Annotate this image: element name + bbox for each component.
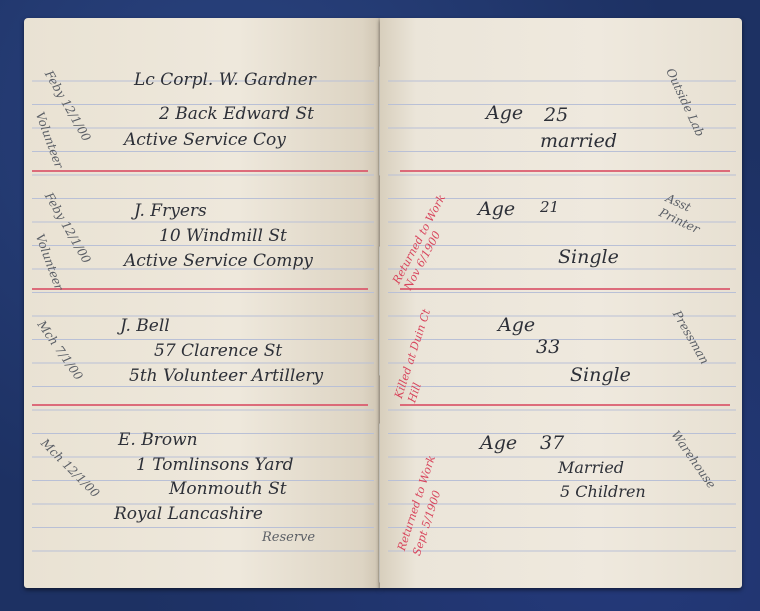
entry-address: 2 Back Edward St xyxy=(159,104,314,124)
entry-name: J. Bell xyxy=(120,316,170,336)
entry-divider xyxy=(400,288,730,290)
marital-status: Single xyxy=(570,364,631,386)
age-label: Age xyxy=(478,198,515,220)
age-value: 37 xyxy=(540,432,564,454)
entry-divider xyxy=(32,170,368,172)
entry-divider xyxy=(32,288,368,290)
entry-divider xyxy=(400,404,730,406)
entry-name: Lc Corpl. W. Gardner xyxy=(134,70,316,90)
entry-address-line2: Monmouth St xyxy=(169,479,287,499)
left-page: Feby 12/1/00 Volunteer Lc Corpl. W. Gard… xyxy=(24,18,380,588)
entry-address: 1 Tomlinsons Yard xyxy=(136,455,294,475)
family-size: 5 Children xyxy=(560,482,646,501)
entry-unit: 5th Volunteer Artillery xyxy=(129,366,323,386)
entry-unit: Active Service Coy xyxy=(124,130,286,150)
entry-address: 10 Windmill St xyxy=(159,226,287,246)
right-page: Age 25 married Outside Lab Returned to W… xyxy=(380,18,742,588)
entry-address: 57 Clarence St xyxy=(154,341,282,361)
marital-status: Single xyxy=(558,246,619,268)
age-value: 21 xyxy=(540,198,559,216)
entry-unit: Royal Lancashire xyxy=(114,504,263,524)
age-label: Age xyxy=(486,102,523,124)
entry-name: J. Fryers xyxy=(134,201,207,221)
entry-divider xyxy=(400,170,730,172)
age-label: Age xyxy=(480,432,517,454)
entry-divider xyxy=(32,404,368,406)
age-label: Age xyxy=(498,314,535,336)
age-value: 25 xyxy=(544,104,568,126)
open-register-book: Feby 12/1/00 Volunteer Lc Corpl. W. Gard… xyxy=(24,18,744,588)
marital-status: Married xyxy=(558,458,624,477)
entry-unit: Active Service Compy xyxy=(124,251,313,271)
entry-unit-line2: Reserve xyxy=(262,530,315,545)
entry-name: E. Brown xyxy=(118,430,198,450)
age-value: 33 xyxy=(536,336,560,358)
marital-status: married xyxy=(540,130,617,152)
